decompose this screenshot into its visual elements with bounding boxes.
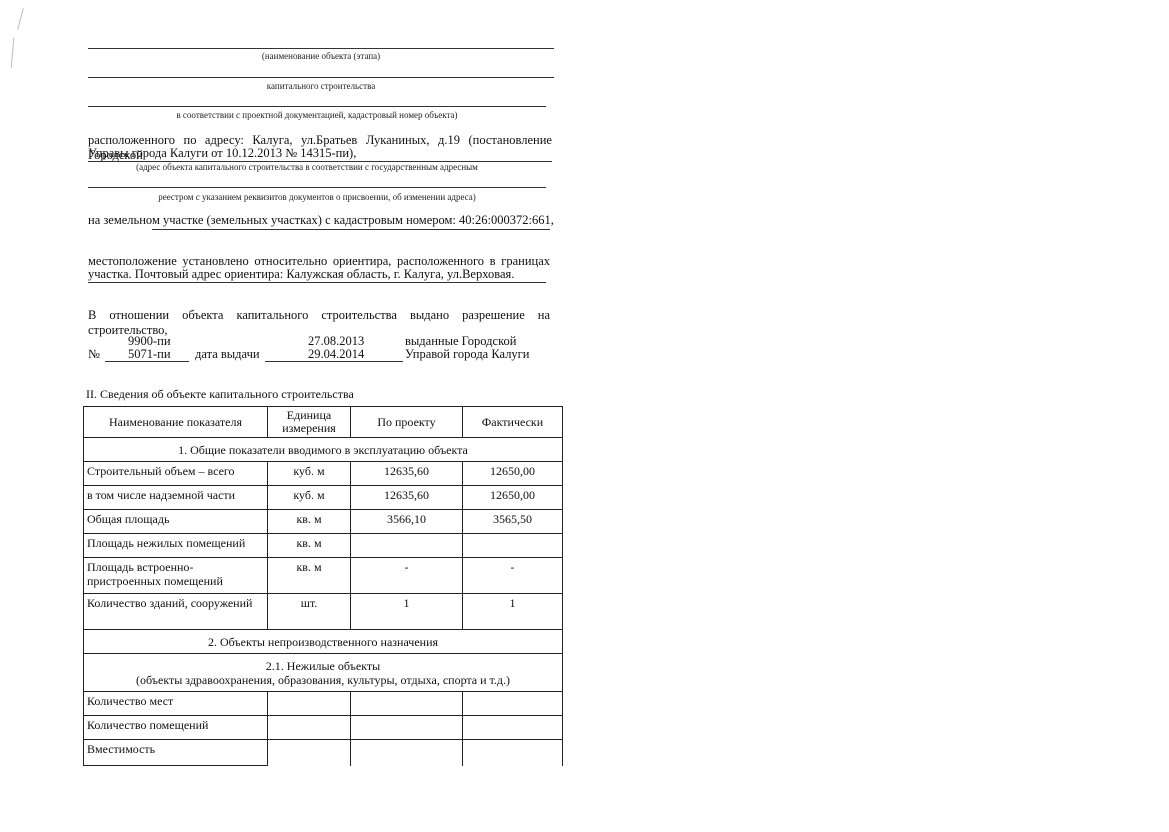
column-header-actual: Фактически (463, 407, 563, 438)
column-header-unit: Единица измерения (268, 407, 351, 438)
caption-address-2: реестром с указанием реквизитов документ… (88, 192, 546, 202)
column-header-project: По проекту (351, 407, 463, 438)
caption-project-docs: в соответствии с проектной документацией… (88, 110, 546, 120)
table-row: Общая площадь кв. м 3566,10 3565,50 (84, 510, 563, 534)
group-2-title: 2. Объекты непроизводственного назначени… (84, 630, 563, 654)
scan-mark (17, 8, 24, 30)
land-plot-underline (152, 229, 550, 230)
group-2-header-row: 2. Объекты непроизводственного назначени… (84, 630, 563, 654)
caption-capital: капитального строительства (88, 81, 554, 91)
row-project: 12635,60 (351, 462, 463, 486)
row-name: Количество мест (84, 692, 268, 716)
row-unit (268, 692, 351, 716)
row-actual (463, 534, 563, 558)
permit-date-underline (265, 361, 403, 362)
table-header-row: Наименование показателя Единица измерени… (84, 407, 563, 438)
row-name: Площадь встроенно-пристроенных помещений (84, 558, 268, 594)
group-2-1-subtitle: (объекты здравоохранения, образования, к… (87, 673, 559, 687)
row-unit: кв. м (268, 534, 351, 558)
row-project (351, 740, 463, 766)
row-unit: куб. м (268, 486, 351, 510)
address-line-2-text: Управы города Калуги от 10.12.2013 № 143… (88, 146, 356, 160)
permit-date-label: дата выдачи (195, 347, 260, 362)
row-project: 1 (351, 594, 463, 630)
group-2-1-header: 2.1. Нежилые объекты (объекты здравоохра… (84, 654, 563, 692)
table-row: Количество помещений (84, 716, 563, 740)
table-row: Строительный объем – всего куб. м 12635,… (84, 462, 563, 486)
group-2-1-title: 2.1. Нежилые объекты (87, 659, 559, 673)
permit-number-2: 5071-пи (128, 347, 171, 362)
capital-construction-table: Наименование показателя Единица измерени… (83, 406, 563, 766)
row-project (351, 534, 463, 558)
blank-line-address (88, 187, 546, 188)
group-1-title: 1. Общие показатели вводимого в эксплуат… (84, 438, 563, 462)
row-actual (463, 740, 563, 766)
table-row: Количество зданий, сооружений шт. 1 1 (84, 594, 563, 630)
address-line-2: Управы города Калуги от 10.12.2013 № 143… (88, 146, 552, 162)
table-row: Площадь встроенно-пристроенных помещений… (84, 558, 563, 594)
permit-date-2: 29.04.2014 (308, 347, 364, 362)
column-header-name: Наименование показателя (84, 407, 268, 438)
row-name: Количество помещений (84, 716, 268, 740)
table-row: Количество мест (84, 692, 563, 716)
row-actual: 12650,00 (463, 462, 563, 486)
location-line-2: участка. Почтовый адрес ориентира: Калуж… (88, 267, 546, 283)
row-actual: 1 (463, 594, 563, 630)
row-actual: 3565,50 (463, 510, 563, 534)
land-plot-text: на земельном участке (земельных участках… (88, 213, 554, 228)
row-name: Вместимость (84, 740, 268, 766)
table-row: в том числе надземной части куб. м 12635… (84, 486, 563, 510)
row-actual: 12650,00 (463, 486, 563, 510)
location-line-2-text: участка. Почтовый адрес ориентира: Калуж… (88, 267, 514, 281)
row-actual: - (463, 558, 563, 594)
blank-line-object-name (88, 48, 554, 49)
permit-number-underline (105, 361, 189, 362)
row-unit (268, 716, 351, 740)
row-unit: куб. м (268, 462, 351, 486)
row-unit: кв. м (268, 510, 351, 534)
row-unit: кв. м (268, 558, 351, 594)
scan-mark (11, 38, 15, 68)
row-project (351, 692, 463, 716)
row-unit: шт. (268, 594, 351, 630)
row-name: Общая площадь (84, 510, 268, 534)
row-project: 3566,10 (351, 510, 463, 534)
caption-object-name: (наименование объекта (этапа) (88, 51, 554, 61)
row-project: 12635,60 (351, 486, 463, 510)
permit-issuer-line-2: Управой города Калуги (405, 347, 530, 362)
permit-number-label: № (88, 347, 100, 362)
row-name: в том числе надземной части (84, 486, 268, 510)
table-row: Вместимость (84, 740, 563, 766)
row-unit (268, 740, 351, 766)
row-project (351, 716, 463, 740)
row-name: Строительный объем – всего (84, 462, 268, 486)
section-2-title: II. Сведения об объекте капитального стр… (86, 387, 354, 402)
blank-line-capital (88, 77, 554, 78)
row-name: Количество зданий, сооружений (84, 594, 268, 630)
blank-line-project-docs (88, 106, 546, 107)
row-project: - (351, 558, 463, 594)
row-actual (463, 716, 563, 740)
row-name: Площадь нежилых помещений (84, 534, 268, 558)
caption-address-1: (адрес объекта капитального строительств… (88, 162, 526, 172)
group-2-1-header-row: 2.1. Нежилые объекты (объекты здравоохра… (84, 654, 563, 692)
row-actual (463, 692, 563, 716)
group-1-header-row: 1. Общие показатели вводимого в эксплуат… (84, 438, 563, 462)
table-row: Площадь нежилых помещений кв. м (84, 534, 563, 558)
